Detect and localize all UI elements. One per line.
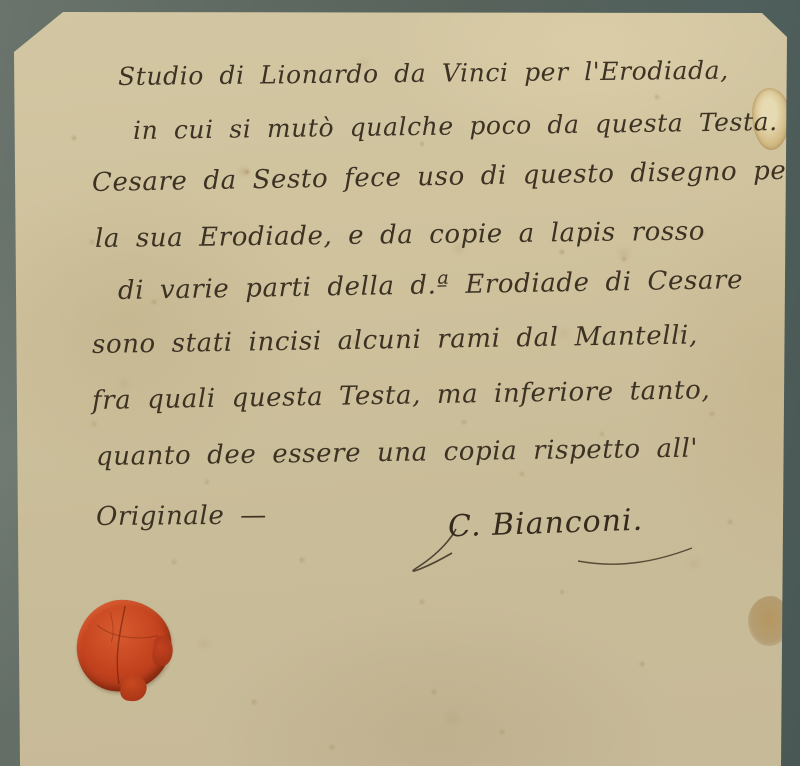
photo-background: Studio di Lionardo da Vinci per l'Erodia… <box>0 0 800 766</box>
manuscript-line-4: la sua Erodiade, e da copie a lapis ross… <box>95 217 705 254</box>
manuscript-line-2: in cui si mutò qualche poco da questa Te… <box>133 107 778 145</box>
manuscript-line-5: di varie parti della d.ª Erodiade di Ces… <box>118 265 744 306</box>
manuscript-line-7: fra quali questa Testa, ma inferiore tan… <box>92 375 711 416</box>
foxing-blotches <box>0 0 8 7</box>
manuscript-line-1: Studio di Lionardo da Vinci per l'Erodia… <box>118 56 729 91</box>
manuscript-line-9: Originale — <box>96 501 267 532</box>
wax-seal <box>72 595 175 696</box>
manuscript-line-6: sono stati incisi alcuni rami dal Mantel… <box>92 320 698 360</box>
wax-seal-cracks <box>72 595 175 696</box>
paper-stain-right <box>748 596 790 646</box>
manuscript-line-8: quanto dee essere una copia rispetto all… <box>96 434 699 472</box>
signature: C. Bianconi. <box>447 503 643 545</box>
manuscript-line-3: Cesare da Sesto fece uso di questo diseg… <box>92 156 800 198</box>
manuscript-paper: Studio di Lionardo da Vinci per l'Erodia… <box>0 0 800 766</box>
foxing-spots <box>0 0 4 4</box>
